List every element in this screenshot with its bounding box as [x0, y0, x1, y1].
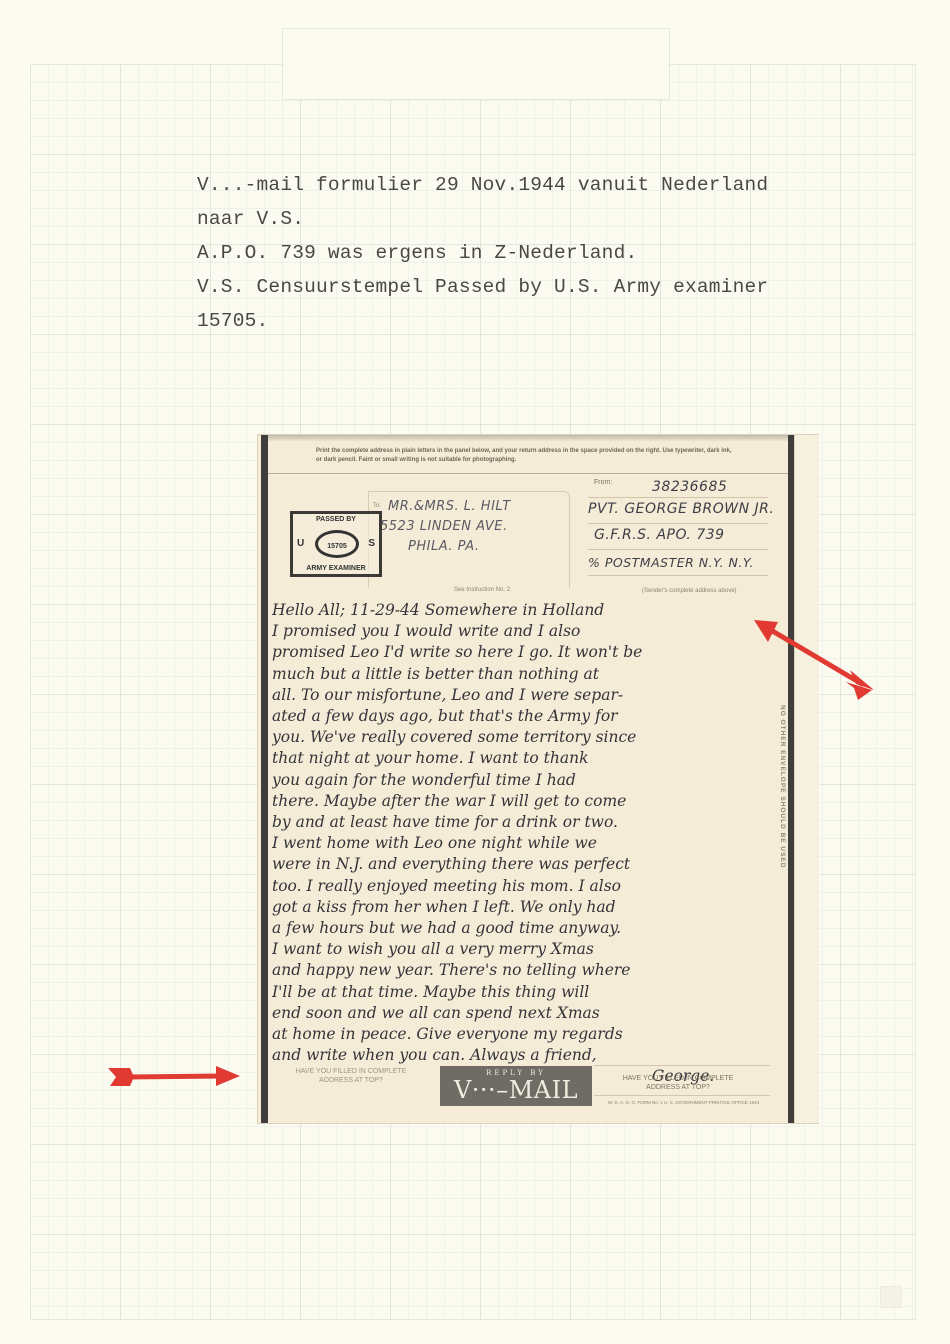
footer-rule: [594, 1095, 770, 1096]
letter-line: I went home with Leo one night while we: [272, 833, 772, 854]
letter-line: by and at least have time for a drink or…: [272, 812, 772, 833]
stamp-examiner-number: 15705: [315, 530, 359, 558]
letter-line: at home in peace. Give everyone my regar…: [272, 1024, 772, 1045]
letter-line: much but a little is better than nothing…: [272, 664, 772, 685]
caption-line: V.S. Censuurstempel Passed by U.S. Army …: [197, 270, 877, 304]
to-street: 5523 LINDEN AVE.: [380, 519, 508, 534]
divider: [268, 473, 788, 474]
letter-line: ated a few days ago, but that's the Army…: [272, 706, 772, 727]
letter-line: I promised you I would write and I also: [272, 621, 772, 642]
letter-line: got a kiss from her when I left. We only…: [272, 897, 772, 918]
letter-line: promised Leo I'd write so here I go. It …: [272, 642, 772, 663]
letter-line: all. To our misfortune, Leo and I were s…: [272, 685, 772, 706]
to-name: MR.&MRS. L. HILT: [388, 499, 511, 514]
typed-caption: V...-mail formulier 29 Nov.1944 vanuit N…: [197, 168, 877, 338]
red-arrow-upper-icon: [750, 612, 880, 702]
letter-line: that night at your home. I want to thank: [272, 748, 772, 769]
vmail-form: Print the complete address in plain lett…: [258, 435, 818, 1123]
from-rule: [588, 523, 768, 524]
album-watermark-icon: [880, 1286, 902, 1308]
letter-line: I'll be at that time. Maybe this thing w…: [272, 982, 772, 1003]
see-instruction-note: See Instruction No. 2: [454, 587, 510, 593]
from-name: PVT. GEORGE BROWN JR.: [588, 501, 774, 517]
from-postmaster: % POSTMASTER N.Y. N.Y.: [588, 555, 754, 570]
print-imprint: W. D. A. G. O. FORM No. 1 U. S. GOVERNME…: [608, 1100, 759, 1105]
footer-note-right: HAVE YOU FILLED IN COMPLETE ADDRESS AT T…: [610, 1074, 746, 1092]
censor-stamp: PASSED BY U 15705 S ARMY EXAMINER: [290, 511, 382, 577]
letter-line: were in N.J. and everything there was pe…: [272, 854, 772, 875]
form-top-shadow: [268, 435, 788, 441]
footer-note-left: HAVE YOU FILLED IN COMPLETE ADDRESS AT T…: [286, 1067, 416, 1085]
vmail-logo: V···–MAIL: [440, 1077, 592, 1104]
stamp-right-text: S: [368, 538, 375, 549]
form-left-border: [261, 435, 268, 1123]
letter-line: a few hours but we had a good time anywa…: [272, 918, 772, 939]
handwritten-letter: Hello All; 11-29-44 Somewhere in Holland…: [272, 600, 772, 1088]
address-instructions: Print the complete address in plain lett…: [316, 447, 736, 465]
from-rule: [588, 549, 768, 550]
stamp-left-text: U: [297, 538, 304, 549]
caption-line: V...-mail formulier 29 Nov.1944 vanuit N…: [197, 168, 877, 202]
letter-line: too. I really enjoyed meeting his mom. I…: [272, 876, 772, 897]
caption-line: A.P.O. 739 was ergens in Z-Nederland.: [197, 236, 877, 270]
letter-line: and happy new year. There's no telling w…: [272, 960, 772, 981]
letter-line: and write when you can. Always a friend,: [272, 1045, 772, 1066]
sender-note: (Sender's complete address above): [642, 588, 737, 594]
letter-line: there. Maybe after the war I will get to…: [272, 791, 772, 812]
album-top-tab: [282, 28, 670, 100]
serial-number: 38236685: [652, 479, 727, 495]
letter-line: you again for the wonderful time I had: [272, 770, 772, 791]
form-right-strip: [794, 435, 819, 1123]
letter-line: you. We've really covered some territory…: [272, 727, 772, 748]
from-rule: [588, 575, 768, 576]
letter-line: I want to wish you all a very merry Xmas: [272, 939, 772, 960]
letter-line: end soon and we all can spend next Xmas: [272, 1003, 772, 1024]
to-city: PHILA. PA.: [408, 539, 480, 554]
reply-by-vmail-badge: REPLY BY V···–MAIL: [440, 1066, 592, 1106]
to-label: To:: [373, 503, 381, 509]
from-label: From:: [594, 479, 612, 486]
form-right-border: [788, 435, 794, 1123]
caption-line: 15705.: [197, 304, 877, 338]
side-notice: NO OTHER ENVELOPE SHOULD BE USED: [770, 705, 786, 935]
stamp-top-text: PASSED BY: [293, 516, 379, 523]
caption-line: naar V.S.: [197, 202, 877, 236]
from-rule: [588, 497, 768, 498]
letter-line: Hello All; 11-29-44 Somewhere in Holland: [272, 600, 772, 621]
red-arrow-lower-icon: [104, 1064, 244, 1090]
stamp-bottom-text: ARMY EXAMINER: [293, 565, 379, 572]
from-unit: G.F.R.S. APO. 739: [594, 527, 725, 543]
footer-rule: [594, 1065, 770, 1066]
